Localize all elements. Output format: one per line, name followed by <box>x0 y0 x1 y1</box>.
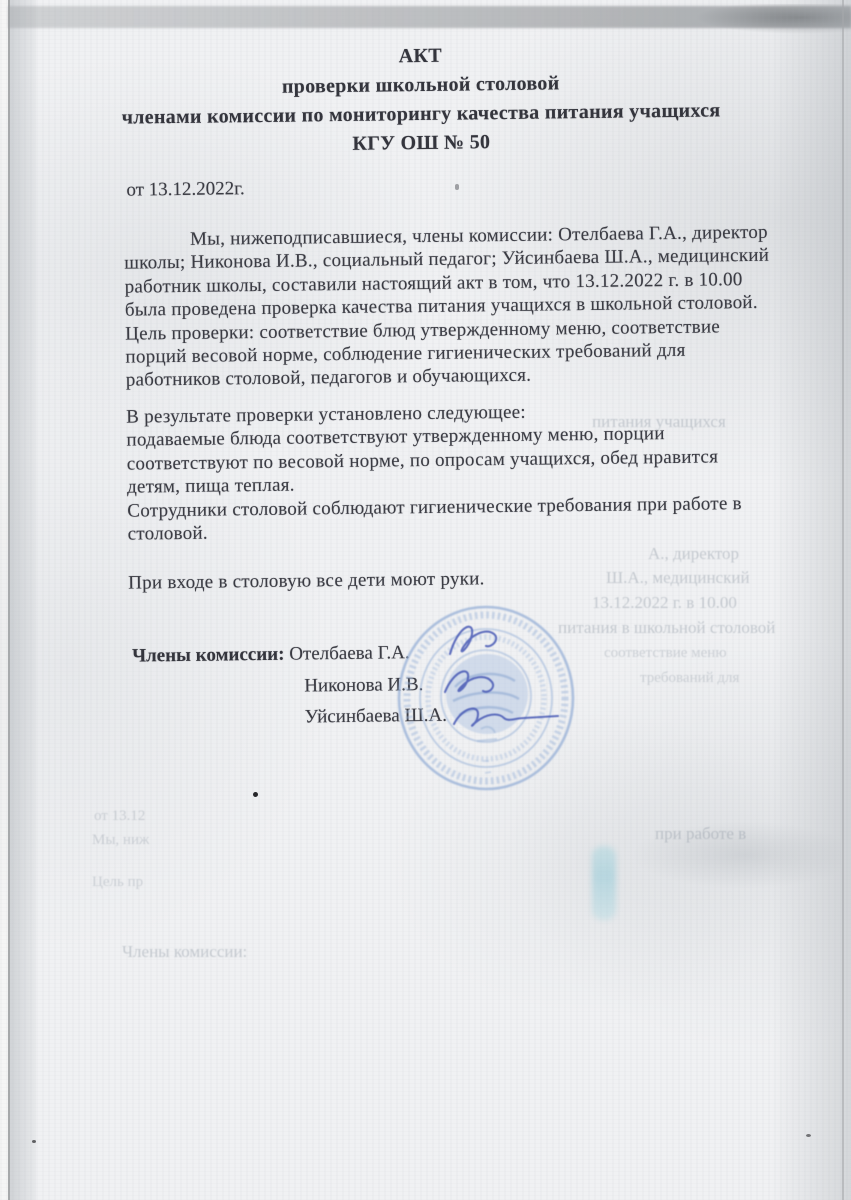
scan-speck <box>806 1134 811 1137</box>
ink-dot <box>253 792 258 797</box>
blue-ink-bleed-smudge <box>592 846 616 920</box>
signature-uisinbaeva <box>454 709 558 726</box>
document-content: АКТ проверки школьной столовой членами к… <box>0 0 851 1200</box>
signature-nikonova <box>445 671 493 692</box>
paragraph-results: В результате проверки установлено следую… <box>126 397 818 546</box>
signature-otelbaeva <box>450 627 496 654</box>
document-date: от 13.12.2022г. <box>126 178 244 201</box>
paragraph-intro: Мы, нижеподписавшиеся, члены комиссии: О… <box>124 220 816 392</box>
commission-label: Члены комиссии: <box>132 644 285 667</box>
document-title: АКТ проверки школьной столовой членами к… <box>0 37 847 163</box>
scan-speck <box>32 1140 36 1143</box>
commission-member: Отелбаева Г.А. <box>289 637 410 670</box>
scanned-document-page: питания учащихся А., директор Ш.А., меди… <box>0 0 851 1200</box>
paragraph-hands: При входе в столовую все дети моют руки. <box>128 563 818 595</box>
scan-speck <box>455 184 459 190</box>
handwritten-signatures <box>398 608 628 743</box>
